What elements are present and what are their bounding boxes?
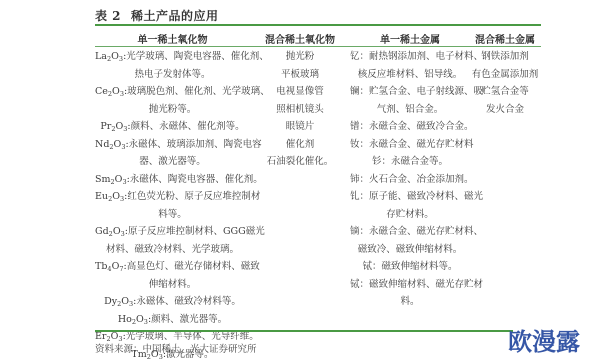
- oxide-uses: 材料、磁致冷材料、光学玻璃。: [106, 244, 239, 255]
- oxide-line: 材料、磁致冷材料、光学玻璃。: [95, 244, 250, 256]
- mixed-oxide-item: 照相机镜头: [250, 104, 350, 116]
- oxide-line: Pr2O3:颜料、永磁体、催化剂等。: [95, 121, 250, 135]
- formula-element: Dy: [104, 296, 117, 307]
- mixed-oxide-item: 抛光粉: [250, 51, 350, 63]
- oxide-uses: 热电子发射体等。: [134, 69, 210, 80]
- formula-element: Nd: [95, 139, 109, 150]
- oxide-uses: :颜料、激光器等。: [148, 314, 227, 325]
- formula-oxygen: O: [112, 86, 120, 97]
- watermark: 欧漫露: [508, 322, 580, 357]
- formula-element: Sm: [95, 174, 111, 185]
- mixed-oxide-item: 石油裂化催化。: [250, 156, 350, 168]
- mixed-metal-item: 有色金属添加剂: [465, 69, 545, 81]
- formula-element: Tb: [95, 261, 107, 272]
- metal-line: 核反应堆材料、铝导线。: [350, 69, 470, 81]
- oxide-line: Sm2O3:永磁体、陶瓷电容器、催化剂。: [95, 174, 250, 188]
- oxide-line: Tb4O7:高显色灯、磁光存储材料、磁致: [95, 261, 250, 275]
- oxide-line: Ce2O3:玻璃脱色剂、催化剂、光学玻璃、: [95, 86, 250, 100]
- formula-element: Ho: [118, 314, 132, 325]
- oxide-line: 热电子发射体等。: [95, 69, 250, 81]
- oxide-line: Eu2O3:红色荧光粉、原子反应堆控制材: [95, 191, 250, 205]
- table-title: 表 2稀土产品的应用: [95, 7, 219, 24]
- mixed-metal-item: 钢铁添加剂: [465, 51, 545, 63]
- oxide-uses: :高显色灯、磁光存储材料、磁致: [124, 261, 260, 272]
- oxide-line: Dy2O3:永磁体、磁致冷材料等。: [95, 296, 250, 310]
- table-title-text: 稀土产品的应用: [131, 9, 219, 23]
- formula-element: Pr: [100, 121, 111, 132]
- header-single-oxide: 单一稀土氧化物: [95, 31, 250, 46]
- table-number: 表 2: [95, 9, 121, 23]
- oxide-uses: :光学玻璃、陶瓷电容器、催化剂、: [123, 51, 269, 62]
- oxide-uses: :颜料、永磁体、催化剂等。: [127, 121, 244, 132]
- mixed-oxide-item: 催化剂: [250, 139, 350, 151]
- source-note: 资料来源：中国稀土，光大证券研究所: [95, 341, 257, 355]
- metal-line: 钆：原子能、磁致冷材料、磁光: [350, 191, 470, 203]
- metal-line: 铈：火石合金、冶金添加剂。: [350, 174, 470, 186]
- oxide-line: Nd2O3:永磁体、玻璃添加剂、陶瓷电容: [95, 139, 250, 153]
- metal-line: 存贮材料。: [350, 209, 470, 221]
- oxide-line: 伸缩材料。: [95, 279, 250, 291]
- oxide-line: Gd2O3:原子反应堆控制材料、GGG磁光: [95, 226, 250, 240]
- oxide-uses: :玻璃脱色剂、催化剂、光学玻璃、: [124, 86, 270, 97]
- oxide-uses: :红色荧光粉、原子反应堆控制材: [124, 191, 260, 202]
- metal-line: 气剂、铝合金。: [350, 104, 470, 116]
- formula-element: Ce: [95, 86, 108, 97]
- formula-oxygen: O: [111, 51, 119, 62]
- metal-line: 钕：永磁合金、磁光存贮材料: [350, 139, 470, 151]
- oxide-uses: :永磁体、磁致冷材料等。: [133, 296, 241, 307]
- header-mixed-metal: 混合稀土金属: [465, 31, 545, 46]
- oxide-line: 抛光粉等。: [95, 104, 250, 116]
- metal-line: 钇：耐热钢添加剂、电子材料、: [350, 51, 470, 63]
- mixed-metal-item: 发火合金: [465, 104, 545, 116]
- metal-line: 磁致冷、磁致伸缩材料。: [350, 244, 470, 256]
- mixed-oxide-item: 电视显像管: [250, 86, 350, 98]
- oxide-line: La2O3:光学玻璃、陶瓷电容器、催化剂、: [95, 51, 250, 65]
- oxide-uses: :永磁体、玻璃添加剂、陶瓷电容: [125, 139, 261, 150]
- mixed-metal-item: 贮氢合金等: [465, 86, 545, 98]
- header-rule: [95, 46, 541, 47]
- formula-element: Gd: [95, 226, 109, 237]
- header-single-metal: 单一稀土金属: [350, 31, 470, 46]
- metal-line: 镝：永磁合金、磁光存贮材料、: [350, 226, 470, 238]
- oxide-uses: 器、激光器等。: [139, 156, 206, 167]
- formula-oxygen: O: [136, 314, 144, 325]
- oxide-line: 器、激光器等。: [95, 156, 250, 168]
- bottom-rule: [95, 330, 513, 332]
- mixed-oxide-item: 眼镜片: [250, 121, 350, 133]
- header-mixed-oxide: 混合稀土氧化物: [250, 31, 350, 46]
- metal-line: 铽：磁致伸缩材料等。: [350, 261, 470, 273]
- oxide-uses: 伸缩材料。: [149, 279, 197, 290]
- formula-element: Eu: [95, 191, 108, 202]
- metal-line: 镧：贮氢合金、电子射线源、吸: [350, 86, 470, 98]
- top-rule: [95, 24, 541, 26]
- oxide-uses: :原子反应堆控制材料、GGG磁光: [125, 226, 265, 237]
- mixed-oxide-item: 平板玻璃: [250, 69, 350, 81]
- formula-oxygen: O: [121, 296, 129, 307]
- formula-oxygen: O: [113, 226, 121, 237]
- formula-element: La: [95, 51, 107, 62]
- formula-oxygen: O: [112, 191, 120, 202]
- oxide-line: 料等。: [95, 209, 250, 221]
- oxide-line: Ho2O3:颜料、激光器等。: [95, 314, 250, 328]
- metal-line: 钐：永磁合金等。: [350, 156, 470, 168]
- oxide-uses: 抛光粉等。: [149, 104, 197, 115]
- metal-line: 料。: [350, 296, 470, 308]
- oxide-uses: :永磁体、陶瓷电容器、催化剂。: [127, 174, 263, 185]
- metal-line: 铽：磁致伸缩材料、磁光存贮材: [350, 279, 470, 291]
- oxide-uses: 料等。: [158, 209, 187, 220]
- metal-line: 镨：永磁合金、磁致冷合金。: [350, 121, 470, 133]
